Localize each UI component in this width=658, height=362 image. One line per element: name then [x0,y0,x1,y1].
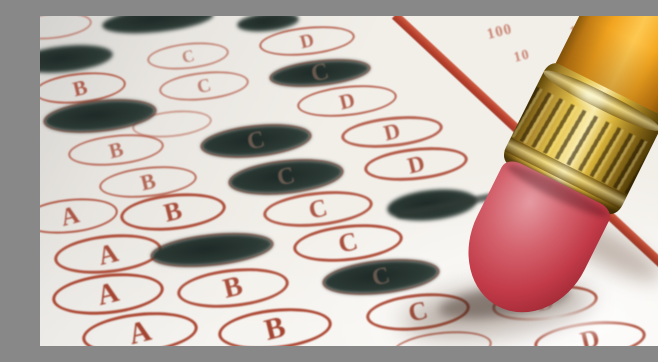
answer-sheet-photo: CBCDBDDDBABCCAABABCDDCCCC10010010 [40,16,658,346]
form-number: 10 [512,47,531,66]
answer-bubble-a: A [40,194,120,238]
filled-mark-smudge [101,16,215,38]
form-number: 100 [485,21,514,44]
answer-bubble-d: D [363,143,470,186]
answer-bubble-partial [40,16,93,43]
answer-bubble-b: B [67,130,166,170]
answer-bubble-b: B [216,303,334,346]
filled-mark: C [200,120,313,161]
answer-bubble-c: C [158,67,250,104]
bubble-letter: B [178,260,289,317]
answer-bubble-c: C [146,39,230,73]
filled-mark [101,16,215,38]
answer-bubble-b: B [175,263,290,312]
